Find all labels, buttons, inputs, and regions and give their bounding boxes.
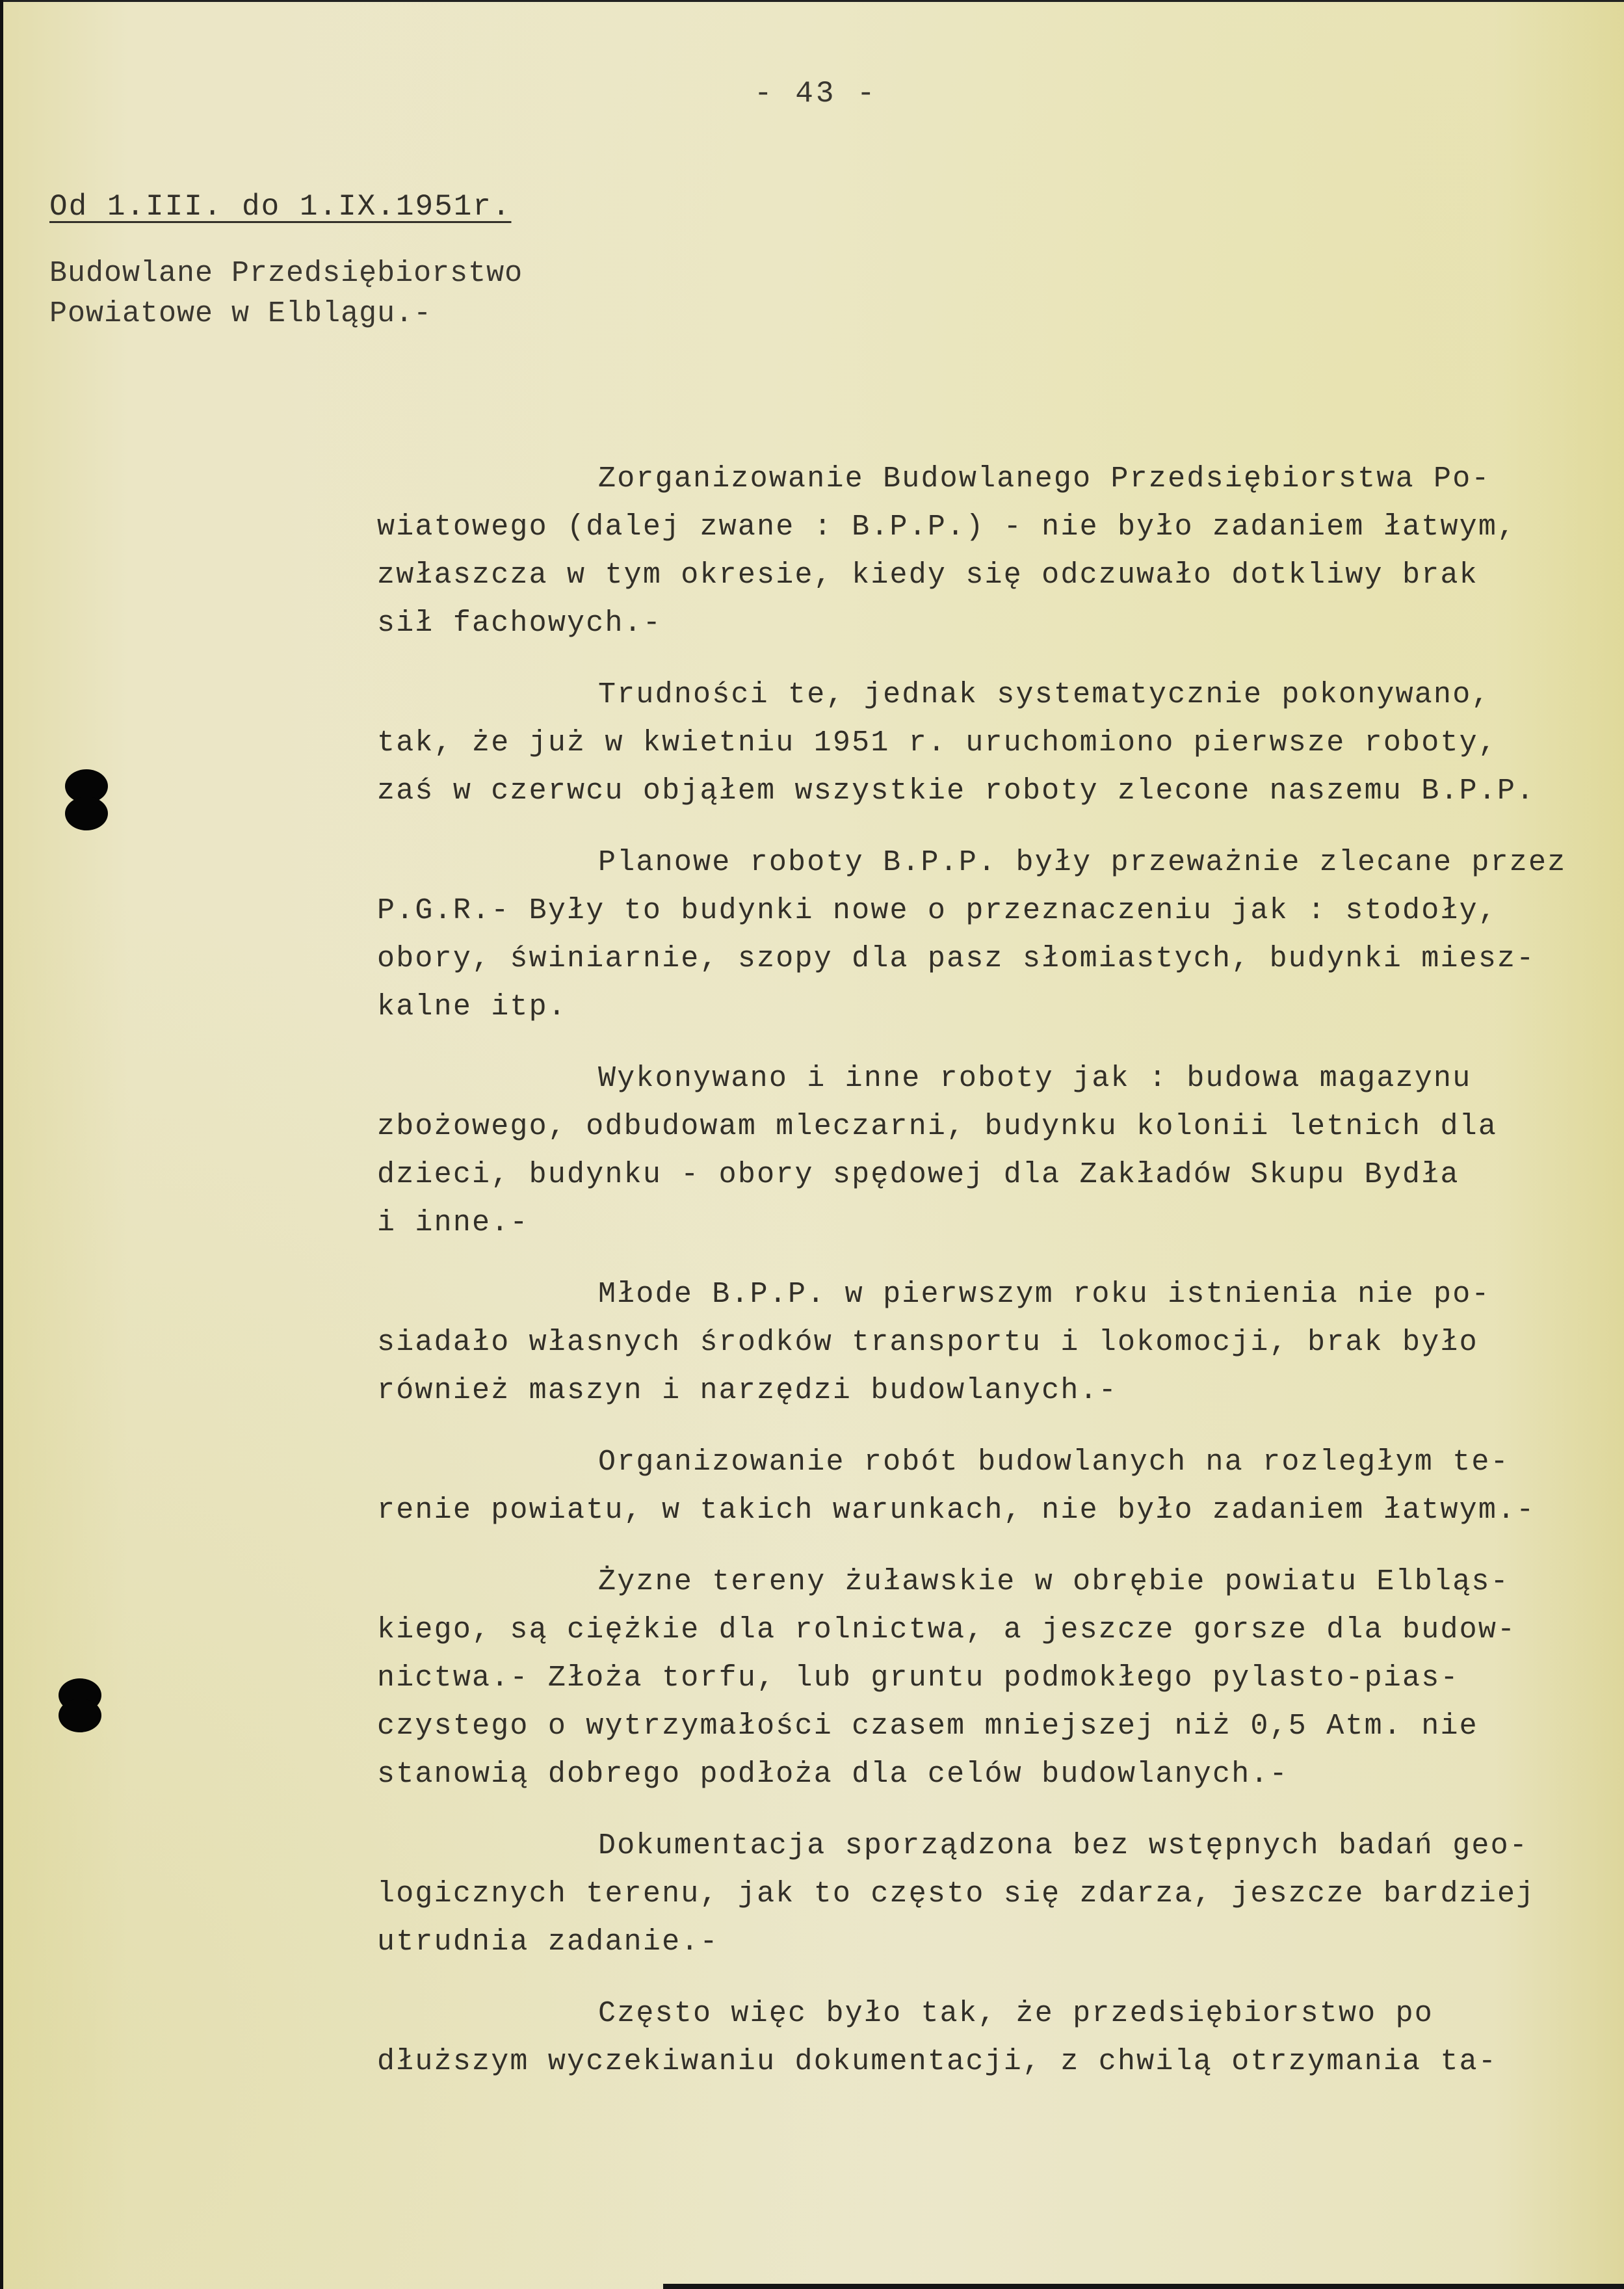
paragraph: Organizowanie robót budowlanych na rozle… [377,1438,1624,1535]
text-line: Planowe roboty B.P.P. były przeważnie zl… [377,839,1624,887]
typewritten-document-page: - 43 - Od 1.III. do 1.IX.1951r. Budowlan… [0,0,1624,2289]
text-line: Trudności te, jednak systematycznie poko… [377,671,1624,719]
text-line: Często więc było tak, że przedsiębiorstw… [377,1990,1624,2038]
text-line: dłuższym wyczekiwaniu dokumentacji, z ch… [377,2038,1624,2086]
text-line: zaś w czerwcu objąłem wszystkie roboty z… [377,767,1624,815]
organization-name: Budowlane Przedsiębiorstwo Powiatowe w E… [49,254,523,334]
text-line: czystego o wytrzymałości czasem mniejsze… [377,1702,1624,1751]
paragraph: Często więc było tak, że przedsiębiorstw… [377,1990,1624,2086]
text-line: renie powiatu, w takich warunkach, nie b… [377,1487,1624,1535]
text-line: utrudnia zadanie.- [377,1918,1624,1966]
text-line: również maszyn i narzędzi budowlanych.- [377,1367,1624,1415]
text-line: Zorganizowanie Budowlanego Przedsiębiors… [377,455,1624,503]
text-line: i inne.- [377,1199,1624,1247]
text-line: obory, świniarnie, szopy dla pasz słomia… [377,935,1624,983]
period-heading: Od 1.III. do 1.IX.1951r. [49,190,512,224]
text-line: Wykonywano i inne roboty jak : budowa ma… [377,1055,1624,1103]
paragraph: Zorganizowanie Budowlanego Przedsiębiors… [377,455,1624,648]
text-line: zwłaszcza w tym okresie, kiedy się odczu… [377,551,1624,600]
text-line: tak, że już w kwietniu 1951 r. uruchomio… [377,719,1624,767]
organization-name-line: Powiatowe w Elblągu.- [49,294,523,334]
text-line: dzieci, budynku - obory spędowej dla Zak… [377,1151,1624,1199]
text-line: logicznych terenu, jak to często się zda… [377,1870,1624,1918]
scan-edge-top [0,0,1624,2]
paragraph: Planowe roboty B.P.P. były przeważnie zl… [377,839,1624,1031]
text-line: Młode B.P.P. w pierwszym roku istnienia … [377,1271,1624,1319]
text-line: P.G.R.- Były to budynki nowe o przeznacz… [377,887,1624,935]
punch-hole-icon [59,1699,101,1732]
text-line: nictwa.- Złoża torfu, lub gruntu podmokł… [377,1654,1624,1702]
text-line: Dokumentacja sporządzona bez wstępnych b… [377,1822,1624,1870]
text-line: zbożowego, odbudowam mleczarni, budynku … [377,1103,1624,1151]
page-number: - 43 - [754,77,878,111]
text-line: stanowią dobrego podłoża dla celów budow… [377,1751,1624,1799]
body-text: Zorganizowanie Budowlanego Przedsiębiors… [377,455,1624,2110]
text-line: siadało własnych środków transportu i lo… [377,1319,1624,1367]
text-line: sił fachowych.- [377,600,1624,648]
paragraph: Trudności te, jednak systematycznie poko… [377,671,1624,815]
text-line: kiego, są ciężkie dla rolnictwa, a jeszc… [377,1606,1624,1654]
text-line: Żyzne tereny żuławskie w obrębie powiatu… [377,1558,1624,1606]
paragraph: Żyzne tereny żuławskie w obrębie powiatu… [377,1558,1624,1799]
scan-edge-bottom [663,2284,1624,2289]
text-line: wiatowego (dalej zwane : B.P.P.) - nie b… [377,503,1624,551]
organization-name-line: Budowlane Przedsiębiorstwo [49,254,523,294]
text-line: kalne itp. [377,983,1624,1031]
punch-hole-icon [65,797,108,830]
paragraph: Dokumentacja sporządzona bez wstępnych b… [377,1822,1624,1966]
scan-edge-left [0,0,3,2289]
paragraph: Młode B.P.P. w pierwszym roku istnienia … [377,1271,1624,1415]
paragraph: Wykonywano i inne roboty jak : budowa ma… [377,1055,1624,1247]
text-line: Organizowanie robót budowlanych na rozle… [377,1438,1624,1487]
